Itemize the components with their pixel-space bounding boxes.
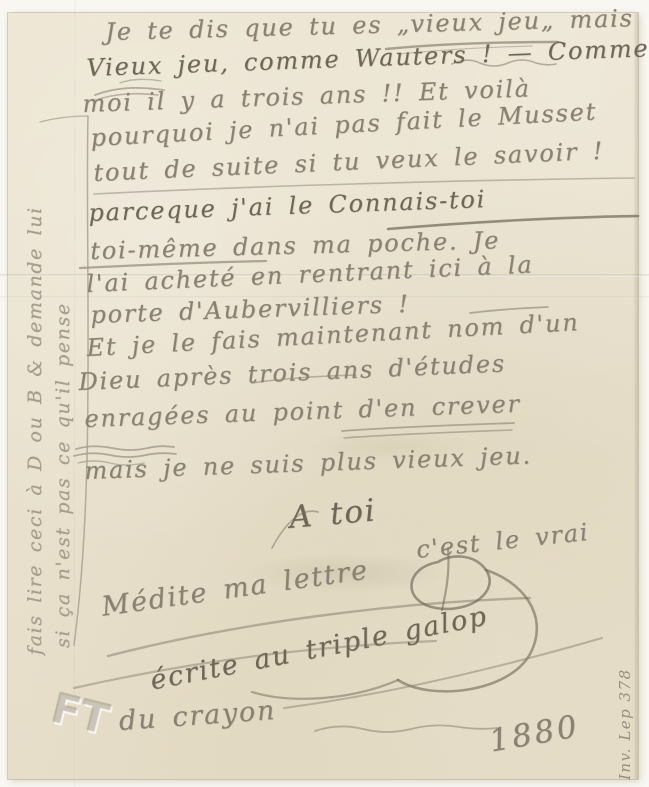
margin-note-line-2: si ça n'est pas ce qu'il pense bbox=[52, 302, 74, 648]
inventory-number: Inv. Lep 378 bbox=[616, 668, 634, 780]
salutation: A toi bbox=[288, 494, 378, 534]
scan-background: Je te dis que tu es „vieux jeu„ mais Vie… bbox=[0, 0, 649, 787]
margin-note-line-1: fais lire ceci à D ou B & demande lui bbox=[24, 206, 46, 655]
